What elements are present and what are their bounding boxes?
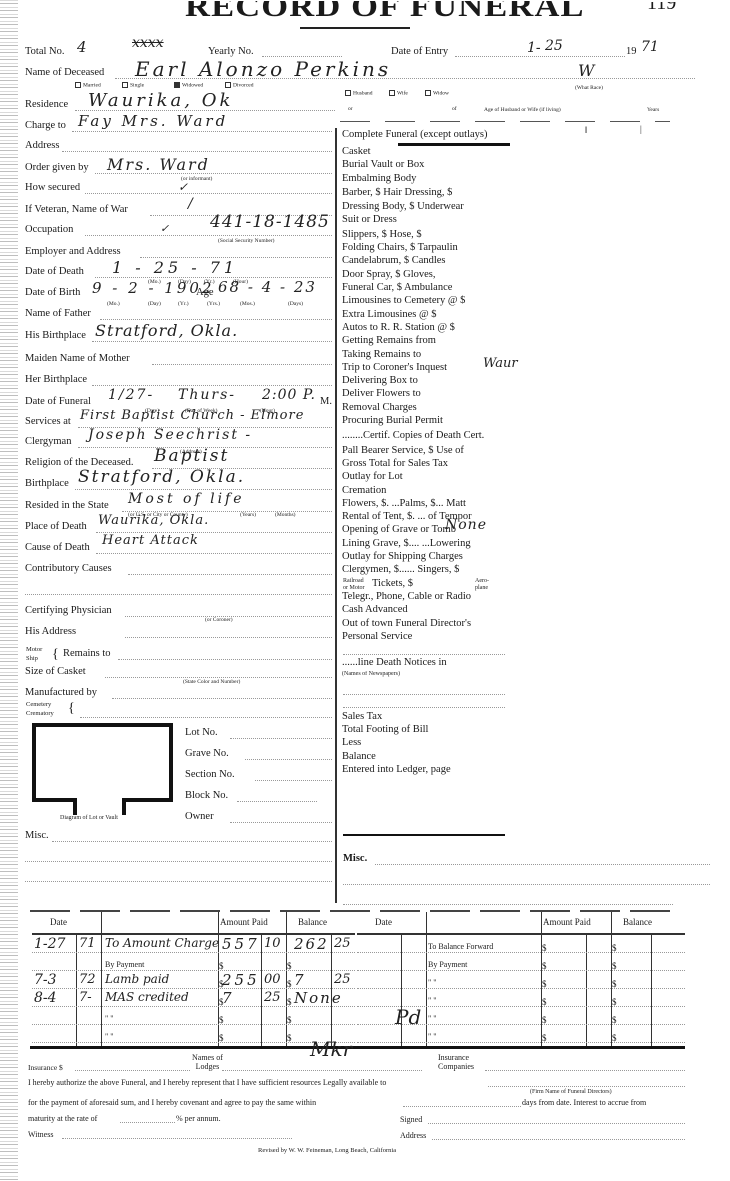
revised-by: Revised by W. W. Feineman, Long Beach, C… — [258, 1147, 396, 1154]
authorization-line1: I hereby authorize the above Funeral, an… — [28, 1078, 386, 1087]
dollar-sign: $ — [612, 1015, 617, 1025]
clergyman-label: Clergyman — [25, 436, 71, 447]
spouse-husband[interactable]: Husband — [345, 90, 373, 96]
resided-caption-years: (Years) — [240, 512, 256, 518]
column-divider — [335, 128, 337, 903]
funeral-date-label: Date of Funeral — [25, 396, 91, 407]
total-no-struck: xxxx — [132, 35, 164, 51]
ledger-description: By Payment — [428, 960, 467, 969]
yearly-no-label: Yearly No. — [208, 46, 254, 57]
dollar-sign: $ — [287, 1015, 292, 1025]
birthplace-label: Birthplace — [25, 478, 69, 489]
size-of-casket-field[interactable] — [105, 677, 332, 678]
ledger-balance: 262 — [294, 935, 329, 953]
ledger-description: By Payment — [105, 960, 144, 969]
physician-caption: (or Coroner) — [205, 617, 233, 623]
charge-item: Clergymen, $...... Singers, $ — [342, 564, 510, 575]
ledger-balance-cents: 25 — [334, 936, 351, 951]
ledger-column-line — [101, 912, 102, 1046]
dollar-sign: $ — [542, 979, 547, 989]
his-address-field[interactable] — [125, 637, 332, 638]
charge-item: Autos to R. R. Station @ $ — [342, 322, 510, 333]
charge-to-label: Charge to — [25, 120, 66, 131]
entry-year-prefix: 19 — [626, 46, 637, 57]
manufactured-label: Manufactured by — [25, 687, 97, 698]
ledger-date: 1-27 — [34, 936, 65, 952]
funeral-day-value: Thurs- — [178, 387, 236, 403]
charge-item: Extra Limousines @ $ — [342, 309, 510, 320]
charge-item: Removal Charges — [342, 402, 510, 413]
name-label: Name of Deceased — [25, 67, 104, 78]
ledger-amount: 557 — [222, 935, 260, 953]
section-no-field[interactable] — [255, 780, 332, 781]
dollar-sign: $ — [287, 979, 292, 989]
title-underline — [300, 27, 410, 29]
charge-item: (Names of Newspapers) — [342, 671, 510, 677]
getting-remains-value: Waur — [483, 356, 518, 371]
ledger-top-rule — [30, 910, 670, 912]
address-footer-label: Address — [400, 1131, 426, 1140]
insurance-companies-label: InsuranceCompanies — [438, 1053, 474, 1071]
his-birthplace-label: His Birthplace — [25, 330, 86, 341]
charge-item: Sales Tax — [342, 711, 510, 722]
name-value: Earl Alonzo Perkins — [135, 57, 391, 81]
charges-end-rule — [343, 834, 505, 836]
ledger-year: 72 — [79, 972, 96, 987]
charge-item: Balance — [342, 751, 510, 762]
misc-left-field[interactable] — [52, 841, 332, 842]
birth-caption-days: (Days) — [288, 301, 303, 307]
date-of-entry-label: Date of Entry — [391, 46, 448, 57]
column-mark: ‖ — [585, 125, 588, 135]
residence-value: Waurika, Ok — [88, 90, 233, 111]
charge-item: Suit or Dress — [342, 214, 510, 225]
ledger-row-line[interactable] — [32, 1024, 355, 1025]
authorization-line3: maturity at the rate of — [28, 1114, 97, 1123]
contributory-label: Contributory Causes — [25, 563, 112, 574]
authorization-line2b: days from date. Interest to accrue from — [522, 1098, 646, 1107]
resided-caption-months: (Months) — [275, 512, 295, 518]
ledger-header: Amount Paid — [220, 917, 268, 927]
ledger-description: MAS credited — [105, 990, 189, 1004]
days-field[interactable] — [403, 1106, 521, 1107]
charge-item: Flowers, $. ...Palms, $... Matt — [342, 498, 510, 509]
charge-to-value: Fay Mrs. Ward — [78, 112, 228, 130]
charge-blank-field[interactable] — [343, 707, 505, 708]
marital-single[interactable]: Single — [122, 82, 144, 88]
spouse-wife[interactable]: Wife — [389, 90, 408, 96]
charge-item: ........Certif. Copies of Death Cert. — [342, 430, 510, 441]
ledger-description: " " — [105, 1014, 114, 1023]
charge-item: Procuring Burial Permit — [342, 415, 510, 426]
column-mark-2: | — [640, 124, 642, 134]
block-no-field[interactable] — [237, 801, 317, 802]
birth-caption-mo: (Mo.) — [107, 301, 120, 307]
charge-item: Cash Advanced — [342, 604, 510, 615]
how-secured-field[interactable] — [85, 193, 332, 194]
ledger-row-line[interactable] — [32, 1042, 355, 1043]
father-field[interactable] — [100, 319, 332, 320]
father-label: Name of Father — [25, 308, 91, 319]
firm-name-field[interactable] — [488, 1086, 685, 1087]
dollar-sign: $ — [219, 1033, 224, 1043]
veteran-label: If Veteran, Name of War — [25, 204, 128, 215]
charge-item: Outlay for Lot — [342, 471, 510, 482]
misc-right-label: Misc. — [343, 853, 367, 864]
remains-to-field[interactable] — [118, 659, 332, 660]
employer-label: Employer and Address — [25, 246, 121, 257]
ledger-row-line[interactable] — [32, 970, 355, 971]
ledger-date: 8-4 — [34, 990, 57, 1006]
charge-blank-field[interactable] — [343, 654, 505, 655]
dollar-sign: $ — [287, 997, 292, 1007]
resided-label: Resided in the State — [25, 500, 109, 511]
ledger-amount-cents: 25 — [264, 990, 281, 1005]
age-label: Age — [196, 287, 214, 298]
birthplace-value: Stratford, Okla. — [78, 467, 245, 487]
dollar-sign: $ — [542, 1015, 547, 1025]
ledger-header: Amount Paid — [543, 917, 591, 927]
ledger-row-line[interactable] — [357, 1042, 685, 1043]
charge-item: Door Spray, $ Gloves, — [342, 269, 510, 280]
ledger-row-line[interactable] — [357, 970, 685, 971]
charge-item: Out of town Funeral Director's — [342, 618, 510, 629]
insurance-label: Insurance $ — [28, 1063, 63, 1072]
marital-divorced[interactable]: Divorced — [225, 82, 253, 88]
religion-value: Baptist — [154, 446, 229, 466]
birth-caption-day: (Day) — [148, 301, 161, 307]
ledger-description: " " — [428, 1032, 437, 1041]
cremation-value: None — [445, 517, 487, 533]
his-birthplace-value: Stratford, Okla. — [95, 321, 238, 340]
insurance-field[interactable] — [75, 1070, 190, 1071]
cause-value: Heart Attack — [102, 533, 199, 548]
charge-item: Getting Remains from — [342, 335, 510, 346]
charge-item: Limousines to Cemetery @ $ — [342, 295, 510, 306]
date-of-entry-month: 1- — [527, 40, 541, 56]
charge-item: Burial Vault or Box — [342, 159, 510, 170]
mother-field[interactable] — [152, 364, 332, 365]
ledger-row-line[interactable] — [357, 988, 685, 989]
charge-item: Telegr., Phone, Cable or Radio — [342, 591, 510, 602]
dollar-sign: $ — [542, 943, 547, 953]
charge-item: Outlay for Shipping Charges — [342, 551, 510, 562]
lot-no-label: Lot No. — [185, 727, 218, 738]
dollar-sign: $ — [612, 1033, 617, 1043]
ledger-header: Balance — [298, 917, 327, 927]
dollar-sign: $ — [287, 1033, 292, 1043]
authorization-line3b: % per annum. — [176, 1114, 221, 1123]
ledger-description: To Balance Forward — [428, 942, 493, 951]
grave-no-field[interactable] — [245, 759, 332, 760]
ssn-value: 441-18-1485 — [210, 212, 330, 232]
address-footer-field[interactable] — [432, 1139, 685, 1140]
date-of-death-value: 1 - 25 - 71 — [112, 258, 238, 277]
occupation-label: Occupation — [25, 224, 73, 235]
mother-label: Maiden Name of Mother — [25, 353, 130, 364]
birth-caption-mos: (Mos.) — [240, 301, 255, 307]
order-given-value: Mrs. Ward — [107, 155, 210, 174]
grave-no-label: Grave No. — [185, 748, 229, 759]
ledger-date: 7-3 — [34, 972, 57, 988]
charge-item: Total Footing of Bill — [342, 724, 510, 735]
casket-caption: (State Color and Number) — [183, 679, 240, 685]
dollar-sign: $ — [612, 961, 617, 971]
witness-label: Witness — [28, 1130, 53, 1139]
ledger-year: 7- — [79, 990, 92, 1005]
charge-item: Candelabrum, $ Candles — [342, 255, 510, 266]
how-secured-value: ✓ — [178, 180, 188, 194]
ledger-balance: 7 — [294, 971, 306, 989]
charge-item: Folding Chairs, $ Tarpaulin — [342, 242, 510, 253]
firm-caption: (Firm Name of Funeral Directors) — [530, 1089, 612, 1095]
birth-caption-yr: (Yr.) — [178, 301, 189, 307]
owner-field[interactable] — [230, 822, 332, 823]
dollar-sign: $ — [542, 961, 547, 971]
charge-item: Delivering Box to — [342, 375, 510, 386]
owner-label: Owner — [185, 811, 214, 822]
charge-item: Entered into Ledger, page — [342, 764, 510, 775]
charge-item: Casket — [342, 146, 510, 157]
ledger-bottom-rule — [30, 1046, 685, 1049]
funeral-hour-value: 2:00 P. — [262, 387, 316, 403]
her-birthplace-field[interactable] — [92, 385, 332, 386]
date-of-death-label: Date of Death — [25, 266, 84, 277]
ledger-column-line — [426, 912, 427, 1046]
spouse-widow[interactable]: Widow — [425, 90, 449, 96]
contributory-field[interactable] — [128, 574, 332, 575]
his-address-label: His Address — [25, 626, 76, 637]
ledger-description: " " — [428, 978, 437, 987]
address-field[interactable] — [62, 151, 332, 152]
diagram-caption: Diagram of Lot or Vault — [60, 815, 118, 821]
misc-left-field-3[interactable] — [25, 881, 332, 882]
address-label: Address — [25, 140, 59, 151]
interest-rate-field[interactable] — [120, 1122, 175, 1123]
ledger-row-line[interactable] — [357, 952, 685, 953]
ledger-year: 71 — [79, 936, 96, 951]
total-no-value[interactable]: 4 — [77, 38, 87, 56]
date-of-entry-day: 25 — [545, 38, 563, 54]
lot-diagram — [32, 723, 173, 802]
charge-item: Deliver Flowers to — [342, 388, 510, 399]
charge-item: Less — [342, 737, 510, 748]
spouse-of: of — [452, 106, 457, 112]
block-no-label: Block No. — [185, 790, 228, 801]
marital-widowed[interactable]: Widowed — [174, 82, 203, 88]
size-of-casket-label: Size of Casket — [25, 666, 86, 677]
ledger-description: " " — [428, 996, 437, 1005]
charge-item: Funeral Car, $ Ambulance — [342, 282, 510, 293]
charge-item: Pall Bearer Service, $ Use of — [342, 445, 510, 456]
dollar-sign: $ — [219, 961, 224, 971]
charge-item: Tickets, $ — [372, 578, 540, 589]
charge-item: Cremation — [342, 485, 510, 496]
scan-edge-noise — [0, 0, 18, 1181]
charge-item: Dressing Body, $ Underwear — [342, 201, 510, 212]
charge-item: Embalming Body — [342, 173, 510, 184]
lodges-label: Names ofLodges — [192, 1053, 223, 1071]
spouse-age-unit: Years — [647, 107, 659, 113]
clergyman-value: Joseph Seechrist - — [88, 427, 252, 443]
remains-to-label: Remains to — [63, 648, 111, 659]
section-no-label: Section No. — [185, 769, 235, 780]
date-of-entry-field[interactable] — [455, 56, 625, 57]
charge-item: Personal Service — [342, 631, 510, 642]
witness-field[interactable] — [62, 1138, 292, 1139]
ledger-balance: None — [294, 989, 343, 1007]
physician-label: Certifying Physician — [25, 605, 112, 616]
ledger-balance-cents: 25 — [334, 972, 351, 987]
funeral-date-value: 1/27- — [108, 387, 154, 403]
ledger-amount: 255 — [222, 971, 260, 989]
misc-right-field[interactable] — [375, 864, 710, 865]
ledger-amount-cents: 10 — [264, 936, 281, 951]
dollar-sign: $ — [612, 943, 617, 953]
dollar-sign: $ — [612, 979, 617, 989]
total-no-label: Total No. — [25, 46, 65, 57]
birth-caption-yrs: (Yrs.) — [207, 301, 220, 307]
dollar-sign: $ — [542, 997, 547, 1007]
form-title: RECORD OF FUNERAL — [185, 0, 585, 24]
misc-left-label: Misc. — [25, 830, 49, 841]
header-separator — [340, 121, 670, 122]
charge-to-field[interactable] — [72, 131, 332, 132]
page-number: 119 — [647, 0, 676, 15]
dollar-sign: $ — [219, 1015, 224, 1025]
spouse-age-caption: Age of Husband or Wife (if living) — [484, 107, 561, 113]
charge-item: Barber, $ Hair Dressing, $ — [342, 187, 510, 198]
place-of-death-value: Waurika, Okla. — [98, 513, 209, 528]
marital-married[interactable]: Married — [75, 82, 101, 88]
spouse-or: or — [348, 106, 353, 112]
charge-item: Gross Total for Sales Tax — [342, 458, 510, 469]
cemetery-field[interactable] — [80, 717, 332, 718]
dollar-sign: $ — [287, 961, 292, 971]
ledger-description: To Amount Charge — [105, 936, 219, 950]
dollar-sign: $ — [542, 1033, 547, 1043]
occupation-field[interactable] — [85, 235, 332, 236]
entry-year-value: 71 — [641, 39, 659, 55]
cause-field[interactable] — [96, 553, 332, 554]
order-given-label: Order given by — [25, 162, 89, 173]
date-of-birth-label: Date of Birth — [25, 287, 80, 298]
lot-no-field[interactable] — [230, 738, 332, 739]
contributory-field-2[interactable] — [25, 594, 332, 595]
insurance-companies-field[interactable] — [485, 1070, 685, 1071]
services-label: Services at — [25, 416, 71, 427]
ledger-header: Date — [50, 917, 67, 927]
her-birthplace-label: Her Birthplace — [25, 374, 87, 385]
ledger-description: " " — [428, 1014, 437, 1023]
cemetery-label: CemeteryCrematory — [26, 700, 54, 718]
ledger-amount-cents: 00 — [264, 972, 281, 987]
charge-blank-field[interactable] — [343, 694, 505, 695]
ledger-description: " " — [105, 1032, 114, 1041]
tickets-suffix: Aero-plane — [475, 578, 489, 592]
how-secured-label: How secured — [25, 182, 80, 193]
dollar-sign: $ — [612, 997, 617, 1007]
resided-value: Most of life — [128, 491, 245, 507]
charges-heading: Complete Funeral (except outlays) — [342, 129, 488, 140]
veteran-value: / — [188, 196, 193, 212]
ledger-header: Balance — [623, 917, 652, 927]
cause-label: Cause of Death — [25, 542, 90, 553]
occupation-value: ✓ — [160, 222, 169, 235]
misc-right-field-3[interactable] — [343, 904, 673, 905]
his-birthplace-field[interactable] — [92, 341, 332, 342]
race-value: W — [578, 61, 594, 80]
manufactured-field[interactable] — [112, 698, 332, 699]
services-value: First Baptist Church - Elmore — [80, 408, 304, 423]
lodges-field[interactable] — [222, 1070, 422, 1071]
place-of-death-label: Place of Death — [25, 521, 87, 532]
authorization-line2a: for the payment of aforesaid sum, and I … — [28, 1098, 316, 1107]
initials-signature: Mkr — [310, 1037, 352, 1061]
tickets-prefix: Railroador Motor — [343, 578, 365, 592]
motor-ship-label: MotorShip — [26, 645, 42, 663]
age-value: 68 - 4 - 23 — [218, 278, 317, 296]
misc-left-field-2[interactable] — [25, 861, 332, 862]
dollar-sign: $ — [219, 997, 224, 1007]
paid-signature: Pd — [395, 1005, 421, 1029]
ledger-description: Lamb paid — [105, 972, 169, 986]
birthplace-field[interactable] — [75, 489, 332, 490]
dollar-sign: $ — [219, 979, 224, 989]
ledger-header: Date — [375, 917, 392, 927]
charge-item: Slippers, $ Hose, $ — [342, 229, 510, 240]
charge-item: Lining Grave, $.... ...Lowering — [342, 538, 510, 549]
misc-right-field-2[interactable] — [343, 884, 710, 885]
signed-label: Signed — [400, 1115, 422, 1124]
funeral-hour-suffix: M. — [320, 396, 332, 407]
charge-item: ......line Death Notices in — [342, 657, 510, 668]
race-caption: (What Race) — [575, 85, 603, 91]
signed-field[interactable] — [428, 1123, 685, 1124]
ssn-caption: (Social Security Number) — [218, 238, 275, 244]
residence-label: Residence — [25, 99, 68, 110]
